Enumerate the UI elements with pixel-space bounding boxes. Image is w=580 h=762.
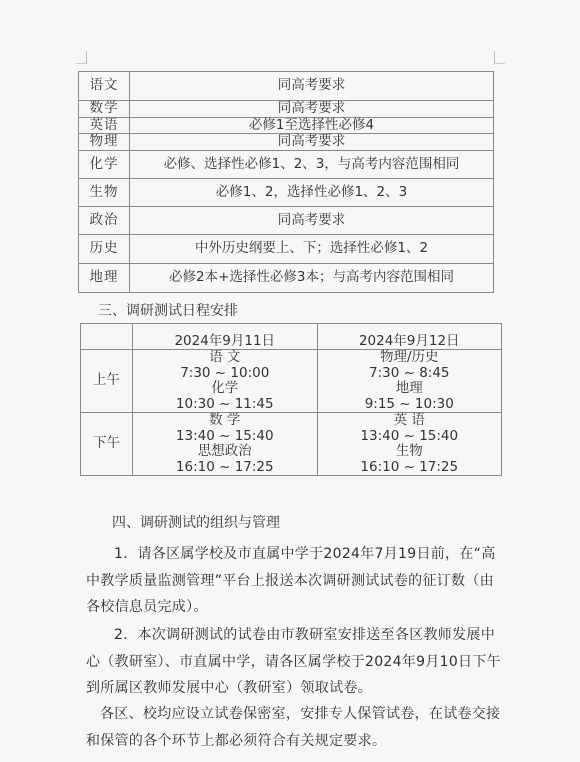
scope-cell: 必修、选择性必修1、2、3，与高考内容范围相同 — [130, 151, 494, 179]
subject-cell: 生物 — [79, 179, 130, 207]
scope-cell: 同高考要求 — [130, 101, 494, 118]
schedule-header-row: 2024年9月11日 2024年9月12日 — [81, 324, 502, 350]
time-range: 16:10 ~ 17:25 — [318, 460, 502, 476]
subject-name: 数 学 — [133, 413, 317, 429]
schedule-cell: 语 文 7:30 ~ 10:00 化学 10:30 ~ 11:45 — [133, 350, 318, 413]
subject-cell: 物理 — [79, 134, 130, 151]
time-range: 10:30 ~ 11:45 — [133, 397, 317, 413]
subject-name: 生物 — [318, 444, 502, 460]
subject-name: 语 文 — [133, 350, 317, 366]
subject-name: 英 语 — [318, 413, 502, 429]
scope-cell: 同高考要求 — [130, 134, 494, 151]
time-range: 13:40 ~ 15:40 — [318, 429, 502, 445]
subject-name: 思想政治 — [133, 444, 317, 460]
period-label: 下午 — [81, 413, 133, 476]
scope-row: 语文同高考要求 — [79, 72, 494, 101]
scope-row: 英语必修1至选择性必修4 — [79, 118, 494, 134]
schedule-date-2: 2024年9月12日 — [317, 324, 502, 350]
period-label: 上午 — [81, 350, 133, 413]
time-range: 16:10 ~ 17:25 — [133, 460, 317, 476]
subject-cell: 地理 — [79, 264, 130, 293]
scope-row: 化学必修、选择性必修1、2、3，与高考内容范围相同 — [79, 151, 494, 179]
schedule-corner-cell — [81, 324, 133, 350]
paragraph-1: 1．请各区属学校及市直属中学于2024年7月19日前，在“高中教学质量监测管理”… — [86, 541, 506, 621]
subject-cell: 政治 — [79, 207, 130, 235]
schedule-row-afternoon: 下午 数 学 13:40 ~ 15:40 思想政治 16:10 ~ 17:25 … — [81, 413, 502, 476]
schedule-row-morning: 上午 语 文 7:30 ~ 10:00 化学 10:30 ~ 11:45 物理/… — [81, 350, 502, 413]
subject-name: 物理/历史 — [318, 350, 502, 366]
exam-schedule-table: 2024年9月11日 2024年9月12日 上午 语 文 7:30 ~ 10:0… — [80, 323, 502, 476]
time-range: 7:30 ~ 10:00 — [133, 366, 317, 382]
scope-cell: 同高考要求 — [130, 72, 494, 101]
subject-cell: 历史 — [79, 235, 130, 264]
time-range: 7:30 ~ 8:45 — [318, 366, 502, 382]
scope-row: 历史中外历史纲要上、下；选择性必修1、2 — [79, 235, 494, 264]
page-corner-mark-right — [494, 51, 505, 64]
scope-row: 物理同高考要求 — [79, 134, 494, 151]
subject-cell: 语文 — [79, 72, 130, 101]
time-range: 9:15 ~ 10:30 — [318, 397, 502, 413]
scope-cell: 中外历史纲要上、下；选择性必修1、2 — [130, 235, 494, 264]
schedule-cell: 物理/历史 7:30 ~ 8:45 地理 9:15 ~ 10:30 — [317, 350, 502, 413]
schedule-cell: 数 学 13:40 ~ 15:40 思想政治 16:10 ~ 17:25 — [133, 413, 318, 476]
scope-row: 数学同高考要求 — [79, 101, 494, 118]
schedule-date-1: 2024年9月11日 — [133, 324, 318, 350]
scope-row: 地理必修2本+选择性必修3本；与高考内容范围相同 — [79, 264, 494, 293]
paragraph-3: 各区、校均应设立试卷保密室，安排专人保管试卷，在试卷交接和保管的各个环节上都必须… — [86, 701, 506, 754]
paragraph-2: 2．本次调研测试的试卷由市教研室安排送至各区教师发展中心（教研室）、市直属中学，… — [86, 622, 506, 702]
page-corner-mark-left — [76, 51, 87, 64]
subject-name: 地理 — [318, 381, 502, 397]
subject-cell: 数学 — [79, 101, 130, 118]
scope-row: 政治同高考要求 — [79, 207, 494, 235]
scope-cell: 必修2本+选择性必修3本；与高考内容范围相同 — [130, 264, 494, 293]
section-3-title: 三、调研测试日程安排 — [98, 300, 238, 320]
scope-cell: 同高考要求 — [130, 207, 494, 235]
scope-cell: 必修1、2，选择性必修1、2、3 — [130, 179, 494, 207]
schedule-cell: 英 语 13:40 ~ 15:40 生物 16:10 ~ 17:25 — [317, 413, 502, 476]
section-4-title: 四、调研测试的组织与管理 — [112, 512, 280, 532]
scope-cell: 必修1至选择性必修4 — [130, 118, 494, 134]
subject-name: 化学 — [133, 381, 317, 397]
time-range: 13:40 ~ 15:40 — [133, 429, 317, 445]
scope-row: 生物必修1、2，选择性必修1、2、3 — [79, 179, 494, 207]
subject-cell: 英语 — [79, 118, 130, 134]
subject-cell: 化学 — [79, 151, 130, 179]
exam-scope-table: 语文同高考要求数学同高考要求英语必修1至选择性必修4物理同高考要求化学必修、选择… — [78, 71, 494, 293]
